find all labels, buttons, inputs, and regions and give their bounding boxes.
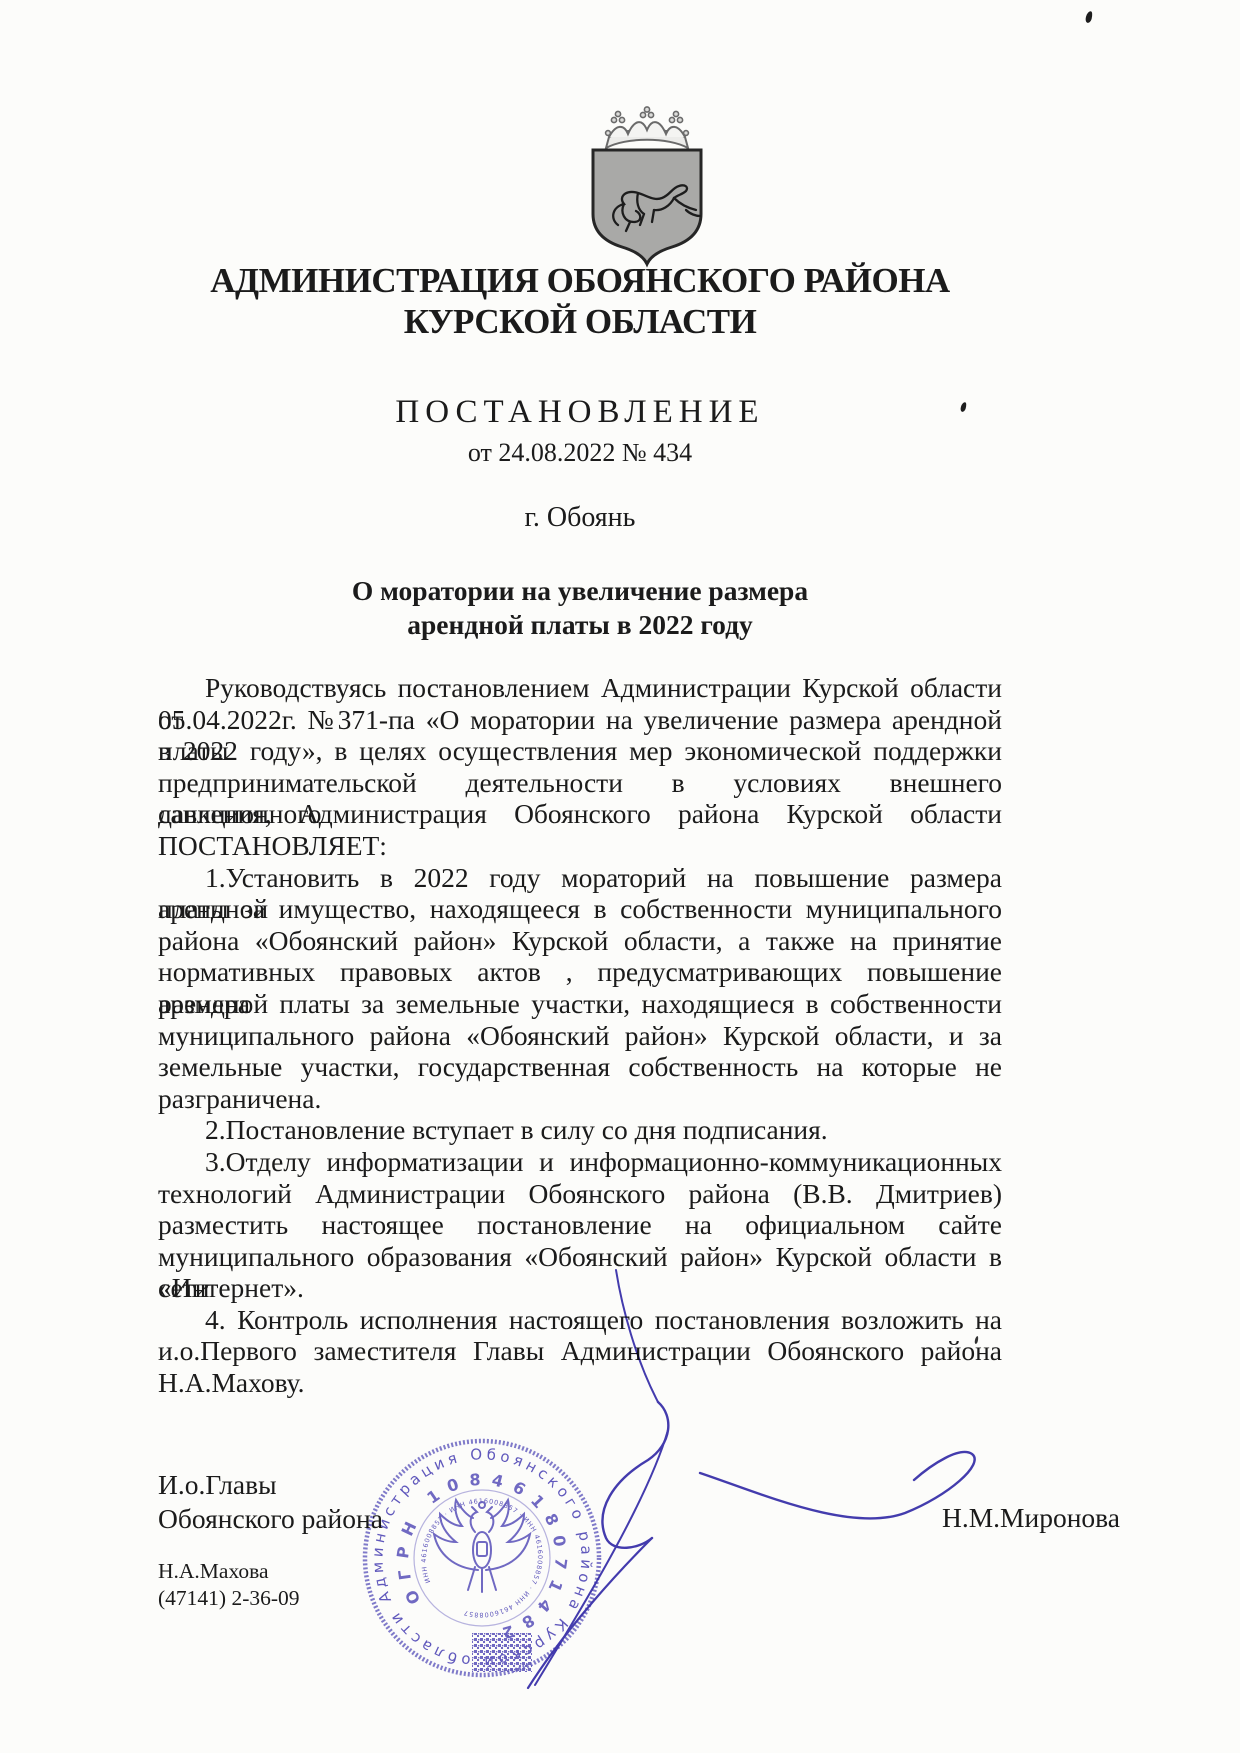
document-line: арендной платы за земельные участки, нах… [158,988,1002,1020]
document-line: технологий Администрации Обоянского райо… [158,1178,1002,1210]
organization-line2: КУРСКОЙ ОБЛАСТИ [158,301,1002,342]
document-line: 2.Постановление вступает в силу со дня п… [158,1114,1002,1146]
document-line: нормативных правовых актов , предусматри… [158,956,1002,988]
handwritten-signature [528,1270,975,1688]
organization-line1: АДМИНИСТРАЦИЯ ОБОЯНСКОГО РАЙОНА [158,260,1002,301]
document-subject: О моратории на увеличение размера арендн… [158,574,1002,642]
document-line: разграничена. [158,1083,1002,1115]
stamp-ogrn-label: ОГРН 1084618071482 [393,1470,571,1646]
stamp-inn-label: ИНН 4616008857 · ИНН 4616008857 · ИНН 46… [420,1497,544,1619]
document-line: земельные участки, государственная собст… [158,1051,1002,1083]
executor-phone: (47141) 2-36-09 [158,1585,300,1612]
date-and-number: от 24.08.2022 № 434 [158,438,1002,468]
scan-speck [1085,10,1094,23]
shield-icon [593,150,701,264]
executor-name: Н.А.Махова [158,1558,300,1585]
document-line: предпринимательской деятельности в услов… [158,767,1002,799]
stamp-qr-block [472,1633,532,1672]
document-line: ПОСТАНОВЛЯЕТ: [158,830,1002,862]
subject-line2: арендной платы в 2022 году [158,608,1002,642]
executor-contact: Н.А.Махова (47141) 2-36-09 [158,1558,300,1612]
stamp-inner-ring [414,1490,550,1626]
document-line: давления, Администрация Обоянского район… [158,798,1002,830]
official-stamp: Администрация Обоянского района Курской … [330,1248,1020,1720]
document-line: платы за имущество, находящееся в собств… [158,893,1002,925]
document-line: 3.Отделу информатизации и информационно-… [158,1146,1002,1178]
stamp-graphic: Администрация Обоянского района Курской … [365,1441,599,1675]
document-type: ПОСТАНОВЛЕНИЕ [158,394,1002,431]
organization-name: АДМИНИСТРАЦИЯ ОБОЯНСКОГО РАЙОНА КУРСКОЙ … [158,260,1002,342]
place-line: г. Обоянь [158,502,1002,534]
document-line: 1.Установить в 2022 году мораторий на по… [158,862,1002,894]
document-line: муниципального района «Обоянский район» … [158,1020,1002,1052]
document-line: Руководствуясь постановлением Администра… [158,672,1002,704]
document-page: АДМИНИСТРАЦИЯ ОБОЯНСКОГО РАЙОНА КУРСКОЙ … [0,0,1240,1753]
document-line: разместить настоящее постановление на оф… [158,1209,1002,1241]
crown-icon [606,107,689,148]
document-line: района «Обоянский район» Курской области… [158,925,1002,957]
document-line: в 2022 году», в целях осуществления мер … [158,735,1002,767]
coat-of-arms [586,106,708,274]
document-line: 05.04.2022г. №371-па «О моратории на уве… [158,704,1002,736]
subject-line1: О моратории на увеличение размера [158,574,1002,608]
